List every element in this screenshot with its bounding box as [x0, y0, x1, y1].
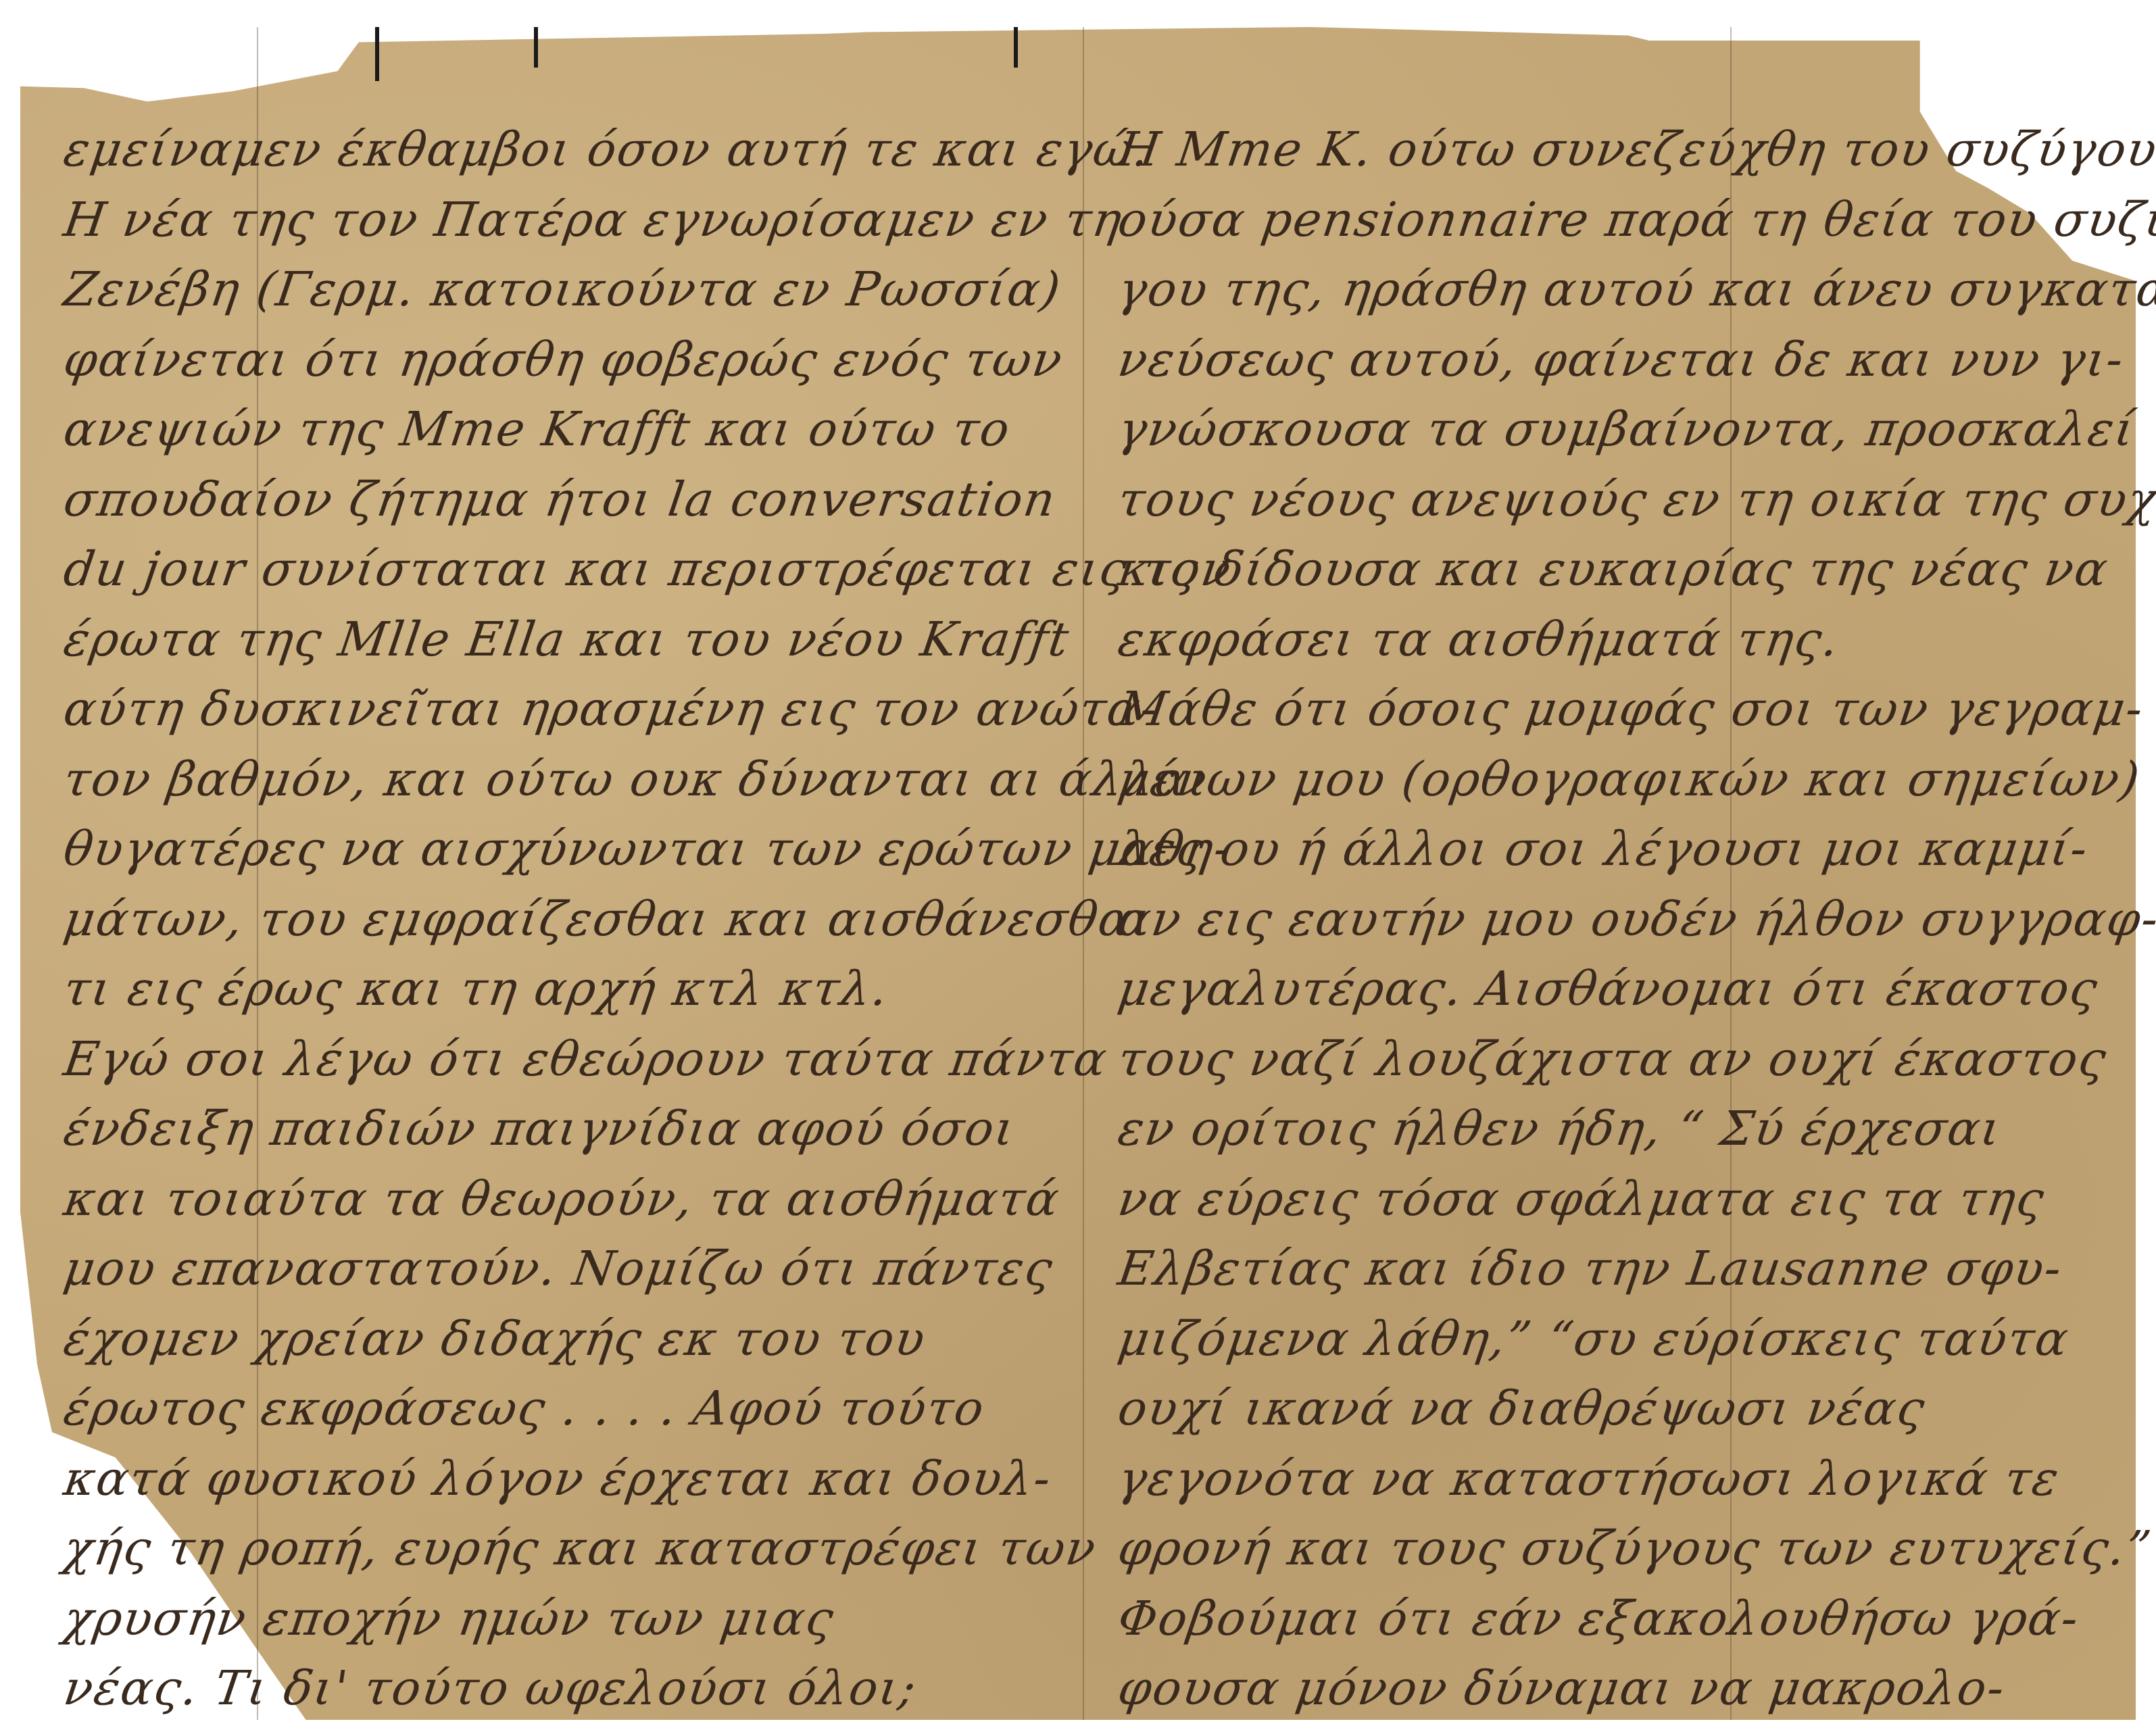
- text-line: τους νέους ανεψιούς εν τη οικία της συχν…: [1114, 465, 2131, 535]
- text-line: εν ορίτοις ήλθεν ήδη, “ Σύ έρχεσαι: [1114, 1094, 2131, 1164]
- text-line: νέας. Τι δι' τούτο ωφελούσι όλοι;: [59, 1654, 1077, 1724]
- text-line: σπουδαίον ζήτημα ήτοι la conversation: [59, 465, 1077, 535]
- text-line: θυγατέρες να αισχύνωνται των ερώτων μαθη…: [59, 814, 1077, 885]
- top-notch: [534, 27, 538, 68]
- text-line: φαίνεται ότι ηράσθη φοβερώς ενός των: [59, 325, 1077, 395]
- text-line: Μάθε ότι όσοις μομφάς σοι των γεγραμ-: [1114, 674, 2131, 745]
- text-line: Φοβούμαι ότι εάν εξακολουθήσω γρά-: [1114, 1584, 2131, 1654]
- text-line: ουχί ικανά να διαθρέψωσι νέας: [1114, 1374, 2131, 1444]
- text-line: γνώσκουσα τα συμβαίνοντα, προσκαλεί: [1114, 395, 2131, 465]
- text-line: αν εις εαυτήν μου ουδέν ήλθον συγγραφ-: [1114, 885, 2131, 955]
- text-line: μου επαναστατούν. Νομίζω ότι πάντες: [59, 1234, 1077, 1304]
- text-line: έχομεν χρείαν διδαχής εκ του του: [59, 1304, 1077, 1375]
- top-notch: [375, 27, 379, 81]
- text-line: να εύρεις τόσα σφάλματα εις τα της: [1114, 1164, 2131, 1235]
- right-column-text: Η Mme K. ούτω συνεζεύχθη του συζύγου της…: [1119, 115, 2126, 1724]
- text-line: τους ναζί λουζάχιστα αν ουχί έκαστος: [1114, 1024, 2131, 1095]
- top-notch: [1014, 27, 1018, 68]
- left-column-text: εμείναμεν έκθαμβοι όσον αυτή τε και εγώ.…: [64, 115, 1071, 1724]
- text-line: αύτη δυσκινεῖται ηρασμένη εις τον ανώτα-: [59, 674, 1077, 745]
- text-line: γεγονότα να καταστήσωσι λογικά τε: [1114, 1444, 2131, 1514]
- text-line: τι εις έρως και τη αρχή κτλ κτλ.: [59, 954, 1077, 1024]
- text-line: φρονή και τους συζύγους των ευτυχείς.”: [1114, 1514, 2131, 1584]
- text-line: νεύσεως αυτού, φαίνεται δε και νυν γι-: [1114, 325, 2131, 395]
- text-line: φουσα μόνον δύναμαι να μακρολο-: [1114, 1654, 2131, 1724]
- text-line: Η Mme K. ούτω συνεζεύχθη του συζύγου της: [1114, 115, 2131, 185]
- text-line: γου της, ηράσθη αυτού και άνευ συγκατα-: [1114, 255, 2131, 325]
- text-line: και τοιαύτα τα θεωρούν, τα αισθήματά: [59, 1164, 1077, 1235]
- text-line: ένδειξη παιδιών παιγνίδια αφού όσοι: [59, 1094, 1077, 1164]
- text-line: εκφράσει τα αισθήματά της.: [1114, 605, 2131, 675]
- text-line: du jour συνίσταται και περιστρέφεται εις…: [59, 535, 1077, 605]
- text-line: μένων μου (ορθογραφικών και σημείων) ήθε…: [1114, 745, 2131, 815]
- text-line: μιζόμενα λάθη,” “συ εύρίσκεις ταύτα: [1114, 1304, 2131, 1375]
- text-line: έρωτα της Mlle Ella και του νέου Krafft: [59, 605, 1077, 675]
- text-line: Εγώ σοι λέγω ότι εθεώρουν ταύτα πάντα: [59, 1024, 1077, 1095]
- text-line: ανεψιών της Mme Krafft και ούτω το: [59, 395, 1077, 465]
- text-line: Ζενέβη (Γερμ. κατοικούντα εν Ρωσσία): [59, 255, 1077, 325]
- text-line: μεγαλυτέρας. Αισθάνομαι ότι έκαστος: [1114, 954, 2131, 1024]
- text-line: λες ου ή άλλοι σοι λέγουσι μοι καμμί-: [1114, 814, 2131, 885]
- text-line: χρυσήν εποχήν ημών των μιας: [59, 1584, 1077, 1654]
- text-line: τον βαθμόν, και ούτω ουκ δύνανται αι άλλ…: [59, 745, 1077, 815]
- text-line: Η νέα της τον Πατέρα εγνωρίσαμεν εν τη: [59, 185, 1077, 255]
- text-line: χής τη ροπή, ευρής και καταστρέφει των: [59, 1514, 1077, 1584]
- text-line: κατά φυσικού λόγον έρχεται και δουλ-: [59, 1444, 1077, 1514]
- text-line: εμείναμεν έκθαμβοι όσον αυτή τε και εγώ.: [59, 115, 1077, 185]
- text-line: ούσα pensionnaire παρά τη θεία του συζύ-: [1114, 185, 2131, 255]
- text-line: Ελβετίας και ίδιο την Lausanne σφυ-: [1114, 1234, 2131, 1304]
- text-line: κις δίδουσα και ευκαιρίας της νέας να: [1114, 535, 2131, 605]
- text-line: μάτων, του εμφραίζεσθαι και αισθάνεσθαι: [59, 885, 1077, 955]
- text-line: έρωτος εκφράσεως . . . . Αφού τούτο: [59, 1374, 1077, 1444]
